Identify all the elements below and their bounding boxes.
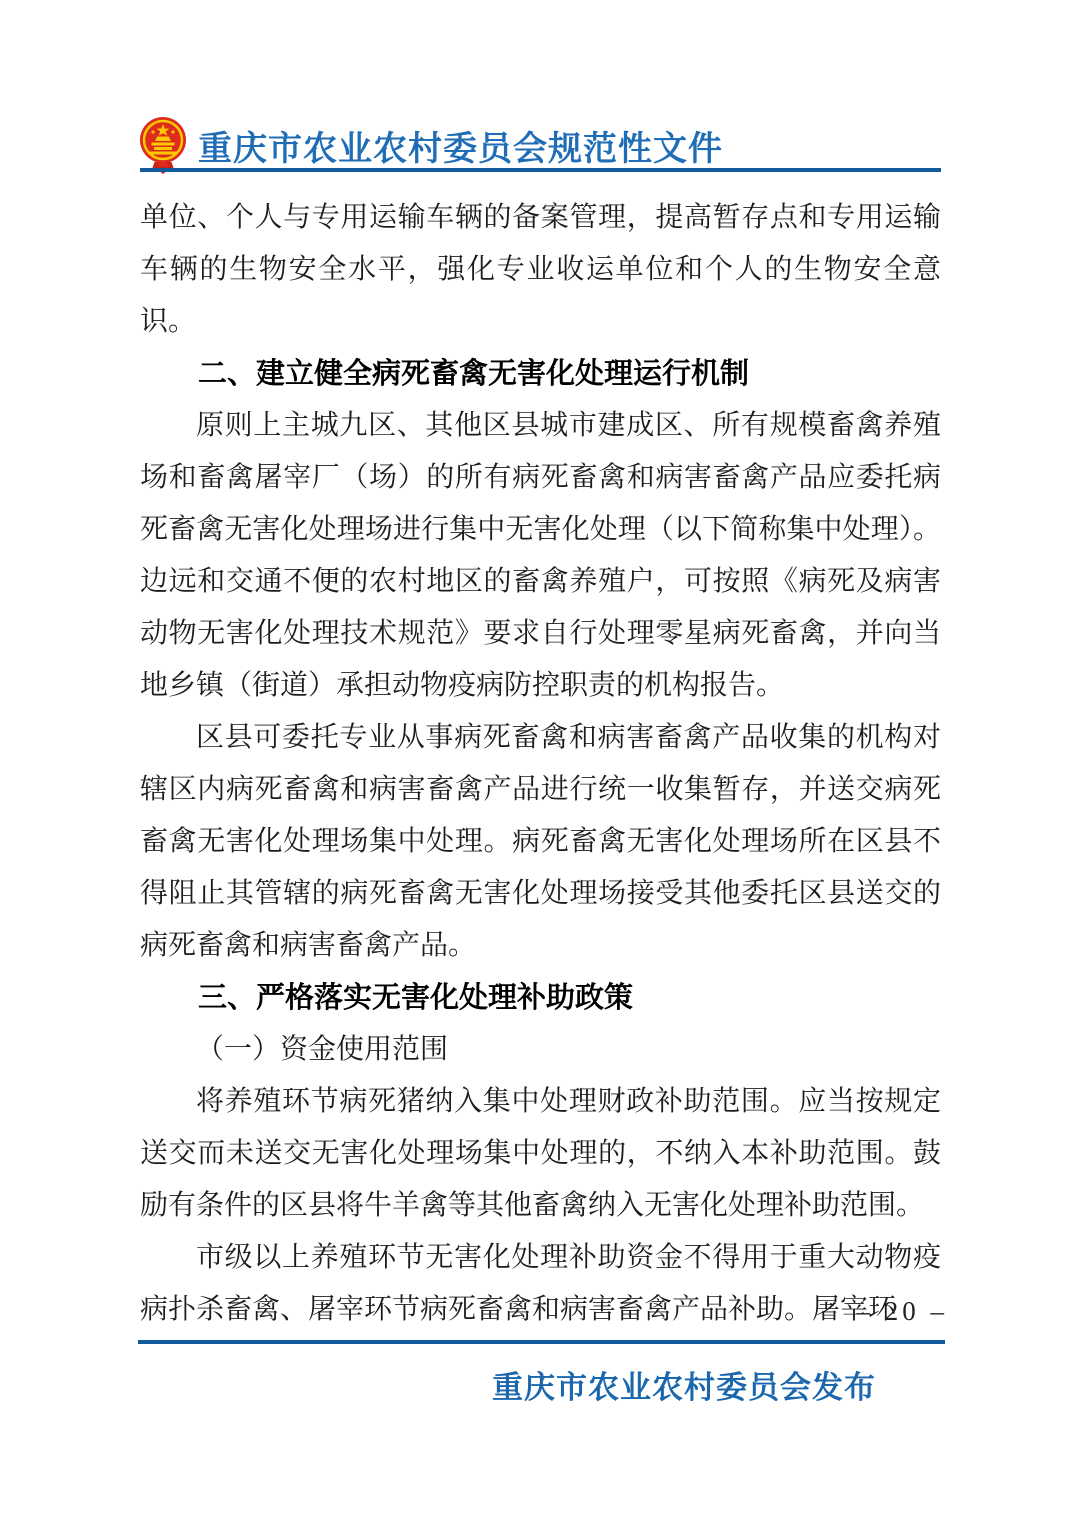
section-heading: 二、建立健全病死畜禽无害化处理运行机制 xyxy=(140,348,941,400)
document-body: 单位、个人与专用运输车辆的备案管理，提高暂存点和专用运输车辆的生物安全水平，强化… xyxy=(140,192,941,1336)
footer-divider-rule xyxy=(138,1340,945,1344)
document-masthead-title: 重庆市农业农村委员会规范性文件 xyxy=(198,121,723,170)
publisher-line: 重庆市农业农村委员会发布 xyxy=(492,1362,876,1407)
header-divider-rule xyxy=(140,168,941,172)
section-heading: 三、严格落实无害化处理补助政策 xyxy=(140,972,941,1024)
body-paragraph: 市级以上养殖环节无害化处理补助资金不得用于重大动物疫病扑杀畜禽、屠宰环节病死畜禽… xyxy=(140,1232,941,1336)
body-paragraph: 原则上主城九区、其他区县城市建成区、所有规模畜禽养殖场和畜禽屠宰厂（场）的所有病… xyxy=(140,400,941,712)
national-emblem-icon xyxy=(138,116,188,174)
page-number: – 20 – xyxy=(857,1296,949,1327)
document-page: 重庆市农业农村委员会规范性文件 单位、个人与专用运输车辆的备案管理，提高暂存点和… xyxy=(0,0,1074,1520)
body-paragraph: 区县可委托专业从事病死畜禽和病害畜禽产品收集的机构对辖区内病死畜禽和病害畜禽产品… xyxy=(140,712,941,972)
body-paragraph: 将养殖环节病死猪纳入集中处理财政补助范围。应当按规定送交而未送交无害化处理场集中… xyxy=(140,1076,941,1232)
document-header: 重庆市农业农村委员会规范性文件 xyxy=(138,116,723,174)
sub-section-heading: （一）资金使用范围 xyxy=(140,1024,941,1076)
body-paragraph-continued: 单位、个人与专用运输车辆的备案管理，提高暂存点和专用运输车辆的生物安全水平，强化… xyxy=(140,192,941,348)
